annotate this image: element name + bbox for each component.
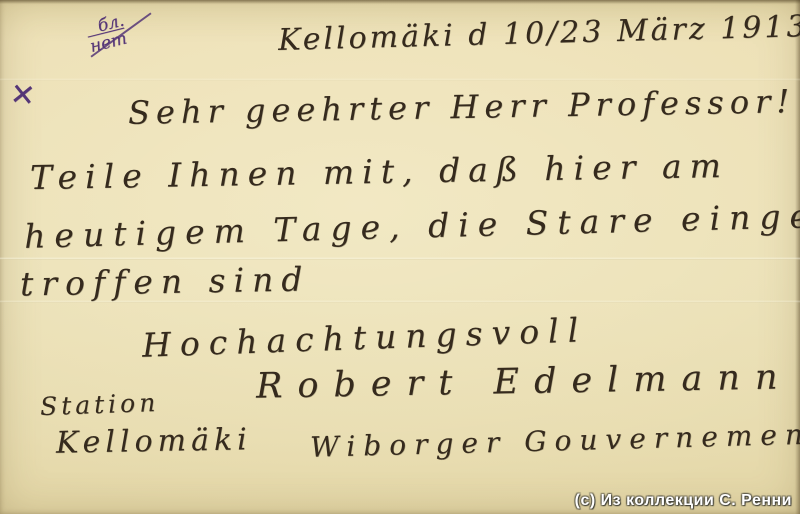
paper-edge-top	[0, 0, 800, 4]
dateline: Kellomäki d 10/23 März 1913	[278, 9, 800, 58]
body-line-1: Teile Ihnen mit, daß hier am	[30, 146, 729, 197]
paper-crease	[0, 257, 800, 260]
valediction: Hochachtungsvoll	[141, 310, 587, 365]
body-line-2: heutigem Tage, die Stare einge=	[24, 195, 800, 256]
postcard-scan: Kellomäki d 10/23 März 1913 бл. нет ✕ Se…	[0, 0, 800, 514]
region: Wiborger Gouvernement	[310, 417, 800, 464]
cross-mark: ✕	[8, 77, 37, 114]
paper-crease	[0, 78, 800, 81]
signature: Robert Edelmann	[256, 357, 793, 406]
collection-watermark: (с) Из коллекции С. Ренни	[575, 492, 792, 510]
salutation: Sehr geehrter Herr Professor!	[128, 82, 796, 132]
body-line-3: troffen sind	[20, 259, 311, 303]
station-name: Kellomäki	[56, 422, 252, 460]
station-label: Station	[40, 388, 160, 421]
